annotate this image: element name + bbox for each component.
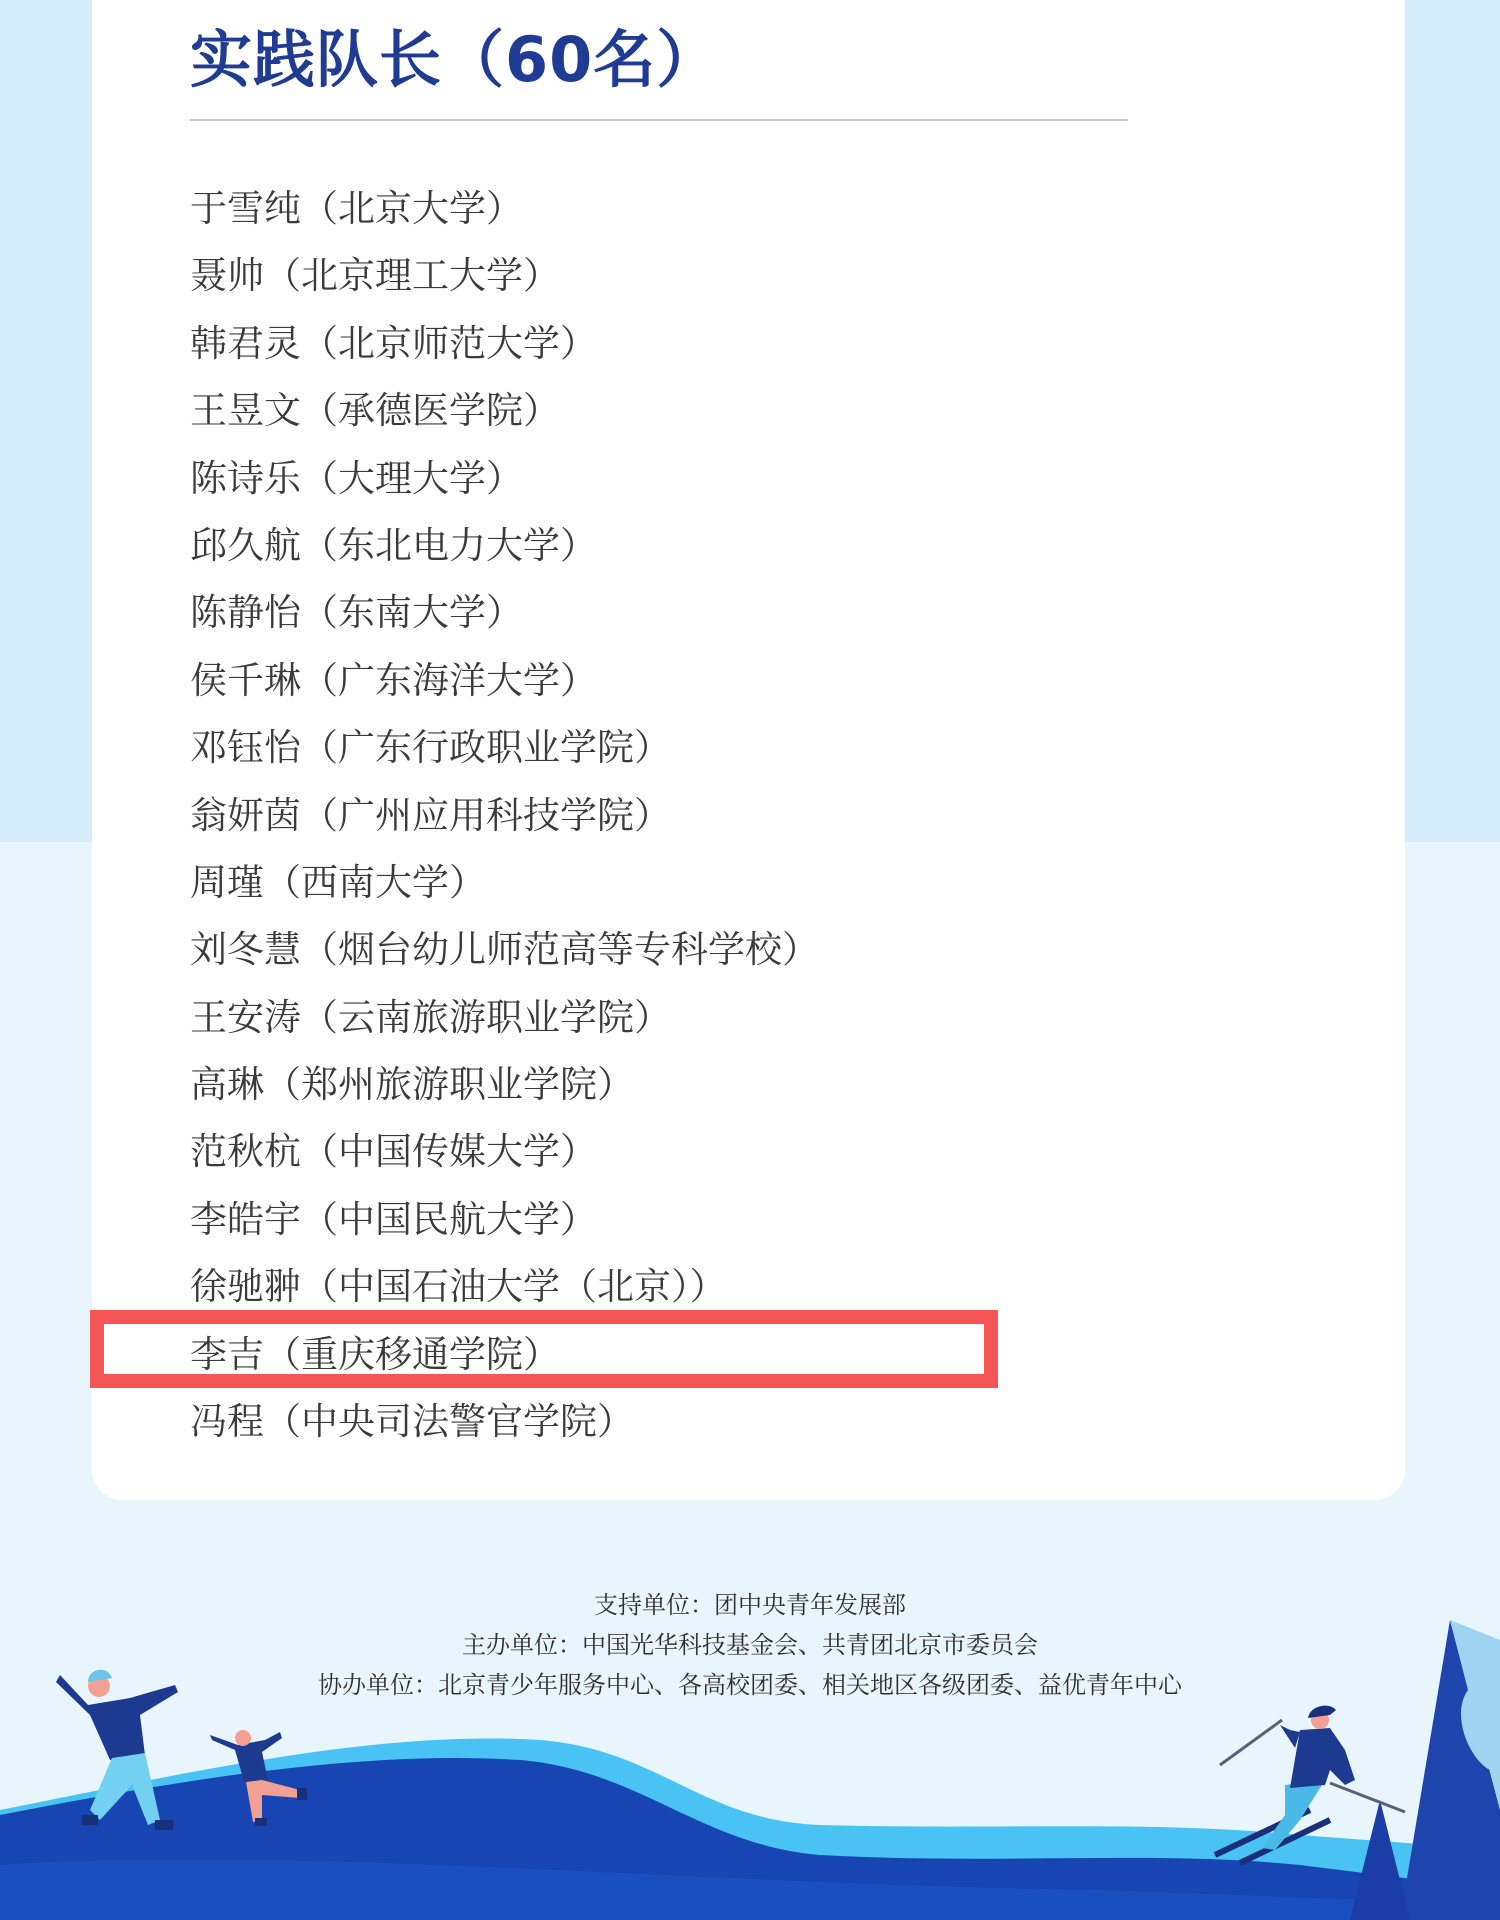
list-item: 陈诗乐（大理大学） (190, 445, 819, 512)
page-title: 实践队长（60名） (190, 20, 719, 100)
list-item: 徐驰翀（中国石油大学（北京）） (190, 1253, 819, 1320)
list-item: 范秋杭（中国传媒大学） (190, 1118, 819, 1185)
list-item: 侯千琳（广东海洋大学） (190, 647, 819, 714)
list-item: 聂帅（北京理工大学） (190, 242, 819, 309)
list-item: 王安涛（云南旅游职业学院） (190, 984, 819, 1051)
support-unit: 支持单位：团中央青年发展部 (0, 1585, 1500, 1625)
list-item: 邱久航（东北电力大学） (190, 512, 819, 579)
captain-list: 于雪纯（北京大学） 聂帅（北京理工大学） 韩君灵（北京师范大学） 王昱文（承德医… (190, 175, 819, 1455)
list-item: 韩君灵（北京师范大学） (190, 310, 819, 377)
title-divider (190, 119, 1128, 121)
list-item: 高琳（郑州旅游职业学院） (190, 1051, 819, 1118)
list-item: 周瑾（西南大学） (190, 849, 819, 916)
list-item: 邓钰怡（广东行政职业学院） (190, 714, 819, 781)
list-item: 王昱文（承德医学院） (190, 377, 819, 444)
snowy-mountain-icon (1350, 1620, 1500, 1920)
list-item: 刘冬慧（烟台幼儿师范高等专科学校） (190, 916, 819, 983)
list-item: 于雪纯（北京大学） (190, 175, 819, 242)
list-item-highlighted: 李吉（重庆移通学院） (190, 1321, 819, 1388)
list-item: 冯程（中央司法警官学院） (190, 1388, 819, 1455)
winter-sports-illustration (0, 1620, 1500, 1920)
list-item: 翁妍茵（广州应用科技学院） (190, 782, 819, 849)
list-item: 李皓宇（中国民航大学） (190, 1186, 819, 1253)
list-item: 陈静怡（东南大学） (190, 579, 819, 646)
